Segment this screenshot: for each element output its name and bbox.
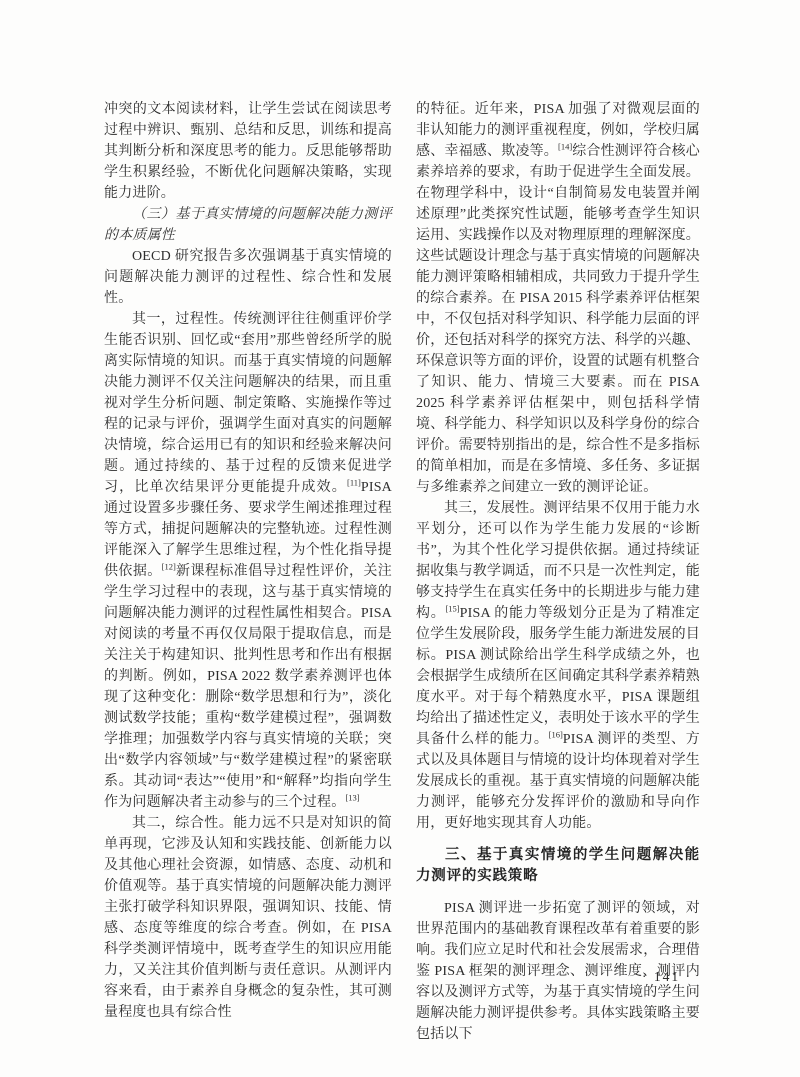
citation-marker: [16] (549, 729, 563, 739)
subheading-section-3: （三）基于真实情境的问题解决能力测评的本质属性 (104, 204, 392, 246)
citation-marker: [15] (445, 603, 459, 613)
paragraph-comprehensive-attribute: 其二，综合性。能力远不只是对知识的简单再现，它涉及认知和实践技能、创新能力以及其… (104, 813, 392, 1023)
two-column-layout: 冲突的文本阅读材料，让学生尝试在阅读思考过程中辨识、甄别、总结和反思，训练和提高… (104, 99, 700, 1045)
paragraph-reading-reflection: 冲突的文本阅读材料，让学生尝试在阅读思考过程中辨识、甄别、总结和反思，训练和提高… (104, 99, 392, 204)
paragraph-comprehensive-continued: 的特征。近年来，PISA 加强了对微观层面的非认知能力的测评重视程度，例如，学校… (416, 99, 700, 498)
paragraph-developmental-attribute: 其三，发展性。测评结果不仅用于能力水平划分，还可以作为学生能力发展的“诊断书”，… (416, 498, 700, 834)
citation-marker: [12] (162, 561, 176, 571)
paper-page: 冲突的文本阅读材料，让学生尝试在阅读思考过程中辨识、甄别、总结和反思，训练和提高… (0, 0, 800, 1077)
heading-section-three: 三、基于真实情境的学生问题解决能力测评的实践策略 (416, 845, 700, 887)
citation-marker: [14] (558, 141, 572, 151)
page-number: · 141 · (642, 969, 692, 985)
paragraph-oecd-overview: OECD 研究报告多次强调基于真实情境的问题解决能力测评的过程性、综合性和发展性… (104, 246, 392, 309)
citation-marker: [13] (345, 792, 359, 802)
paragraph-process-attribute: 其一，过程性。传统测评往往侧重评价学生能否识别、回忆或“套用”那些曾经所学的脱离… (104, 309, 392, 813)
column-left: 冲突的文本阅读材料，让学生尝试在阅读思考过程中辨识、甄别、总结和反思，训练和提高… (104, 99, 392, 1045)
column-right: 的特征。近年来，PISA 加强了对微观层面的非认知能力的测评重视程度，例如，学校… (416, 99, 700, 1045)
citation-marker: [11] (347, 477, 361, 487)
